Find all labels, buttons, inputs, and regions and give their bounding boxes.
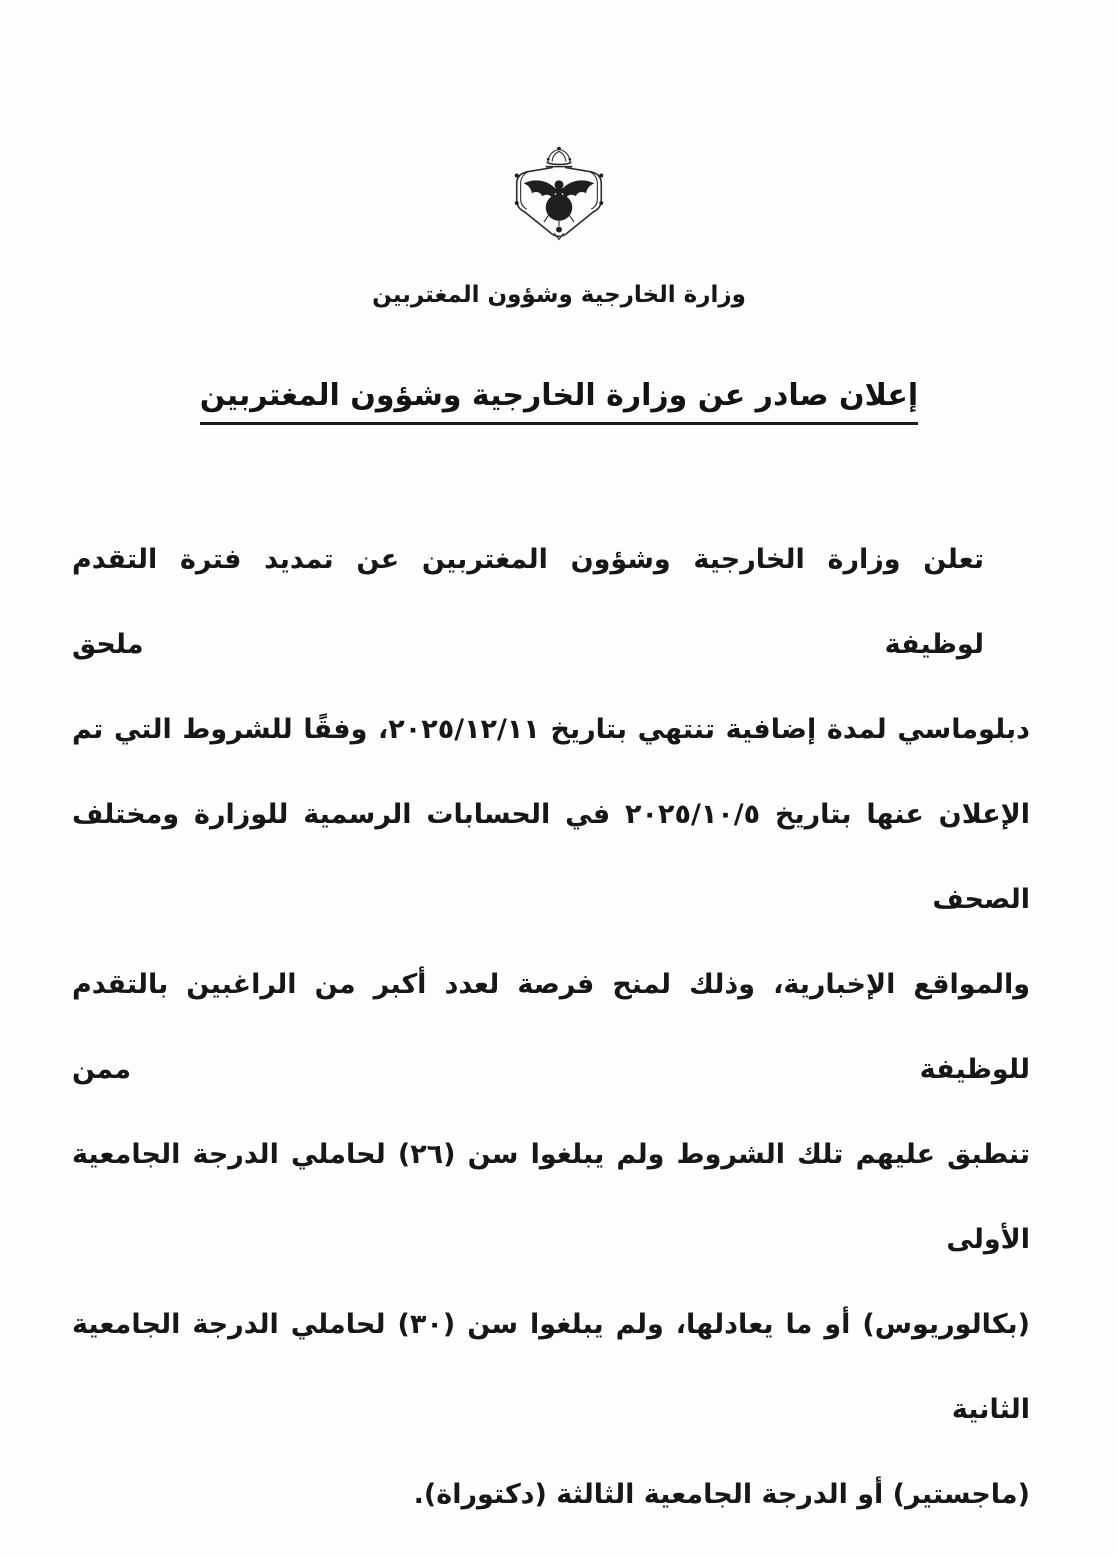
jordan-coat-of-arms-logo [0,0,1118,264]
document-page: وزارة الخارجية وشؤون المغتربين إعلان صاد… [0,0,1118,1558]
crown-icon [546,147,572,167]
body-line: دبلوماسي لمدة إضافية تنتهي بتاريخ ٢٠٢٥/١… [72,687,1030,772]
body-line: الإعلان عنها بتاريخ ٢٠٢٥/١٠/٥ في الحسابا… [72,772,1030,942]
body-line: (ماجستير) أو الدرجة الجامعية الثالثة (دك… [72,1452,1030,1537]
body-line: تنطبق عليهم تلك الشروط ولم يبلغوا سن (٢٦… [72,1112,1030,1282]
announcement-title: إعلان صادر عن وزارة الخارجية وشؤون المغت… [200,378,918,425]
title-row: إعلان صادر عن وزارة الخارجية وشؤون المغت… [0,378,1118,425]
announcement-body: تعلن وزارة الخارجية وشؤون المغتربين عن ت… [0,517,1118,1537]
jordan-coat-of-arms-icon [495,146,623,264]
body-line: تعلن وزارة الخارجية وشؤون المغتربين عن ت… [72,517,1030,687]
eagle-globe-icon [524,180,595,239]
body-line: والمواقع الإخبارية، وذلك لمنح فرصة لعدد … [72,942,1030,1112]
body-line: (بكالوريوس) أو ما يعادلها، ولم يبلغوا سن… [72,1282,1030,1452]
ministry-name: وزارة الخارجية وشؤون المغتربين [0,282,1118,308]
